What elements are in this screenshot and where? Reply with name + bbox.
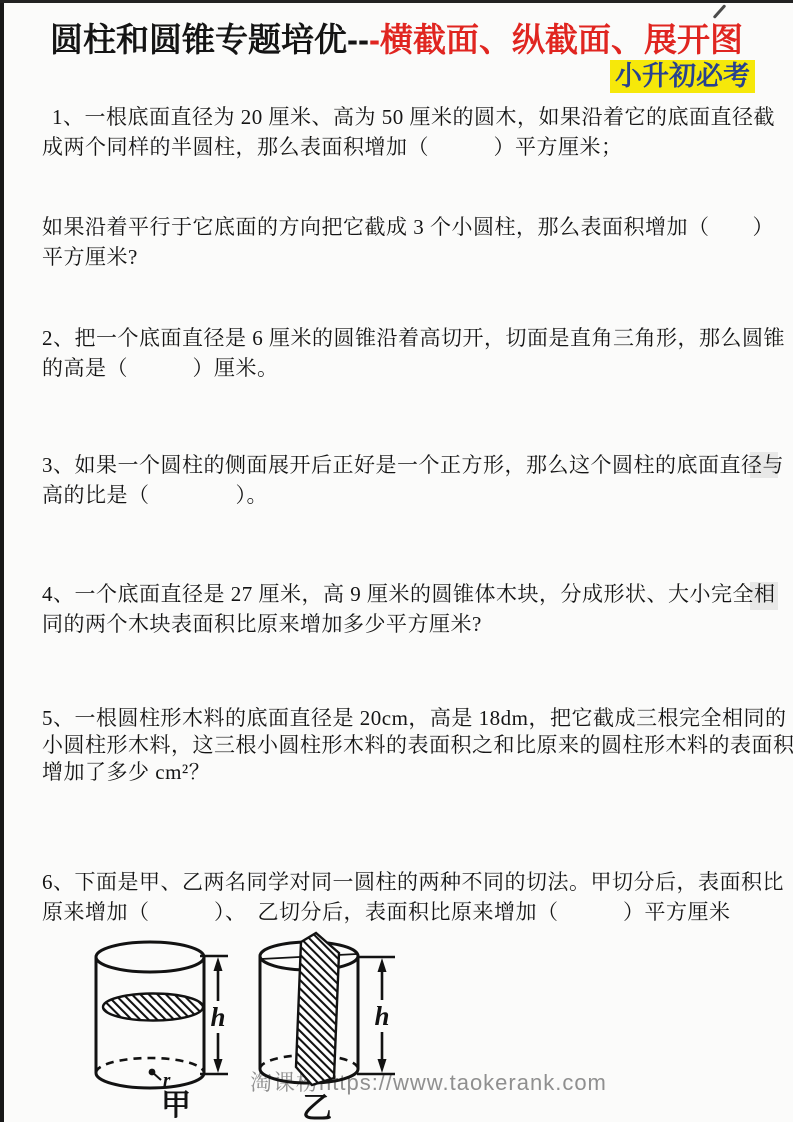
- question-3: 3、如果一个圆柱的侧面展开后正好是一个正方形，那么这个圆柱的底面直径与 高的比是…: [42, 450, 777, 510]
- question-1b-line-1: 如果沿着平行于它底面的方向把它截成 3 个小圆柱，那么表面积增加（ ）: [42, 212, 777, 242]
- question-1-line-2: 成两个同样的半圆柱，那么表面积增加（ ）平方厘米；: [42, 132, 777, 162]
- scan-pen-mark: [713, 4, 727, 19]
- hatched-axial-section: [296, 933, 339, 1085]
- question-2: 2、把一个底面直径是 6 厘米的圆锥沿着高切开，切面是直角三角形，那么圆锥 的高…: [42, 323, 777, 383]
- question-1-line-1: 1、一根底面直径为 20 厘米、高为 50 厘米的圆木，如果沿着它的底面直径截: [42, 102, 777, 132]
- question-5-line-3: 增加了多少 cm²？: [42, 759, 777, 786]
- height-dimension-arrow: h: [357, 957, 395, 1074]
- question-2-line-1: 2、把一个底面直径是 6 厘米的圆锥沿着高切开，切面是直角三角形，那么圆锥: [42, 323, 777, 353]
- exam-badge: 小升初必考: [610, 60, 755, 93]
- scan-edge-top: [0, 0, 793, 3]
- height-label: h: [210, 1002, 225, 1032]
- title-main-text: 圆柱和圆锥专题培优--: [50, 21, 369, 58]
- title-accent-text: -横截面、纵截面、展开图: [369, 21, 743, 58]
- question-2-line-2: 的高是（ ）厘米。: [42, 353, 777, 383]
- page-title: 圆柱和圆锥专题培优---横截面、纵截面、展开图: [0, 21, 793, 59]
- question-1-continued: 如果沿着平行于它底面的方向把它截成 3 个小圆柱，那么表面积增加（ ） 平方厘米…: [42, 212, 777, 272]
- question-4-line-2: 同的两个木块表面积比原来增加多少平方厘米?: [42, 609, 777, 639]
- radius-label: r: [163, 1070, 171, 1091]
- figure-yi-vertical-cut-cylinder: h 乙: [255, 928, 407, 1122]
- question-6-line-1: 6、下面是甲、乙两名同学对同一圆柱的两种不同的切法。甲切分后，表面积比: [42, 867, 777, 897]
- worksheet-page: 圆柱和圆锥专题培优---横截面、纵截面、展开图 小升初必考 1、一根底面直径为 …: [0, 0, 793, 1122]
- question-3-line-2: 高的比是（ ）。: [42, 480, 777, 510]
- figure-jia-caption: 甲: [161, 1089, 191, 1122]
- question-5: 5、一根圆柱形木料的底面直径是 20cm，高是 18dm，把它截成三根完全相同的…: [42, 705, 777, 786]
- height-label: h: [374, 1001, 389, 1031]
- question-6-line-2: 原来增加（ ）、 乙切分后，表面积比原来增加（ ）平方厘米: [42, 897, 777, 927]
- question-3-line-1: 3、如果一个圆柱的侧面展开后正好是一个正方形，那么这个圆柱的底面直径与: [42, 450, 777, 480]
- question-1b-line-2: 平方厘米?: [42, 242, 777, 272]
- question-5-line-1: 5、一根圆柱形木料的底面直径是 20cm，高是 18dm，把它截成三根完全相同的: [42, 705, 777, 732]
- question-4: 4、一个底面直径是 27 厘米，高 9 厘米的圆锥体木块，分成形状、大小完全相 …: [42, 579, 777, 639]
- question-6: 6、下面是甲、乙两名同学对同一圆柱的两种不同的切法。甲切分后，表面积比 原来增加…: [42, 867, 777, 927]
- figure-yi-caption: 乙: [302, 1092, 332, 1122]
- question-5-line-2: 小圆柱形木料，这三根小圆柱形木料的表面积之和比原来的圆柱形木料的表面积: [42, 732, 777, 759]
- question-1: 1、一根底面直径为 20 厘米、高为 50 厘米的圆木，如果沿着它的底面直径截 …: [42, 102, 777, 162]
- figure-jia-horizontal-cut-cylinder: r h 甲: [86, 933, 242, 1122]
- hatched-cross-section: [103, 994, 203, 1021]
- scan-edge-left: [0, 0, 4, 1122]
- question-4-line-1: 4、一个底面直径是 27 厘米，高 9 厘米的圆锥体木块，分成形状、大小完全相: [42, 579, 777, 609]
